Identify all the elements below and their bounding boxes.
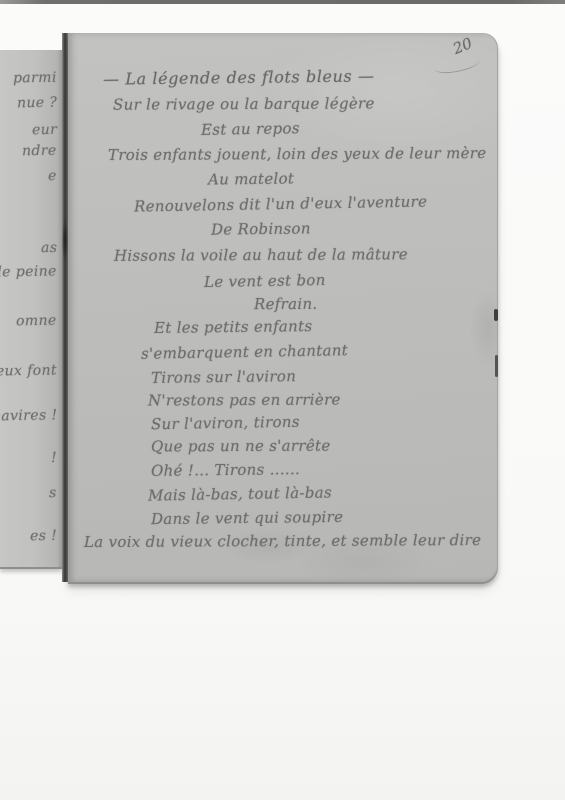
poem: — La légende des flots bleus —Sur le riv…: [68, 33, 498, 582]
poem-title: — La légende des flots bleus —: [103, 66, 375, 88]
poem-line: La voix du vieux clocher, tinte, et semb…: [84, 531, 481, 551]
poem-line: s'embarquent en chantant: [141, 341, 348, 363]
poem-line: Ohé !... Tirons ......: [151, 460, 300, 480]
poem-line: N'restons pas en arrière: [148, 390, 341, 409]
previous-page-text-fragment: eur: [32, 122, 57, 138]
previous-page-text-fragment: ndre: [22, 143, 57, 160]
poem-line: Mais là-bas, tout là-bas: [148, 483, 332, 504]
previous-page-text-fragment: nue ?: [17, 95, 58, 112]
poem-line: Est au repos: [201, 119, 300, 139]
notebook-page: 20 — La légende des flots bleus —Sur le …: [68, 33, 498, 582]
previous-page-text-fragment: omne: [16, 313, 57, 330]
poem-line: Trois enfants jouent, loin des yeux de l…: [108, 144, 486, 164]
previous-page-text-fragment: as: [41, 240, 58, 256]
poem-line: De Robinson: [211, 219, 311, 238]
page-edge-stain: [495, 355, 498, 377]
previous-page-text-fragment: t navires !: [0, 407, 57, 424]
poem-line: Sur l'aviron, tirons: [151, 413, 300, 434]
previous-page-text-fragment: !: [51, 450, 57, 466]
previous-page-text-fragment: parmi: [13, 70, 57, 87]
poem-line: Tirons sur l'aviron: [151, 367, 296, 387]
poem-line: Renouvelons dit l'un d'eux l'aventure: [134, 192, 428, 215]
poem-line: Et les petits enfants: [154, 317, 313, 337]
page-edge-stain: [494, 309, 498, 321]
previous-page-text-fragment: s: [49, 485, 57, 501]
poem-line: Refrain.: [254, 295, 318, 313]
poem-line: Au matelot: [208, 169, 294, 188]
poem-line: Dans le vent qui soupire: [151, 508, 343, 528]
previous-page-text-fragment: es !: [30, 528, 57, 544]
previous-page-text-fragment: ieux font: [0, 362, 57, 379]
previous-page-text-fragment: e: [48, 168, 57, 184]
poem-line: Que pas un ne s'arrête: [151, 437, 331, 456]
poem-line: Hissons la voile au haut de la mâture: [114, 245, 408, 265]
scanner-edge-bar: [0, 0, 565, 4]
previous-page-edge: parminue ?eurndreeasble peineomneieux fo…: [0, 50, 62, 567]
scanned-document: parminue ?eurndreeasble peineomneieux fo…: [0, 0, 565, 800]
previous-page-text-fragment: ble peine: [0, 263, 57, 280]
poem-line: Le vent est bon: [204, 271, 326, 291]
poem-line: Sur le rivage ou la barque légère: [113, 94, 375, 113]
